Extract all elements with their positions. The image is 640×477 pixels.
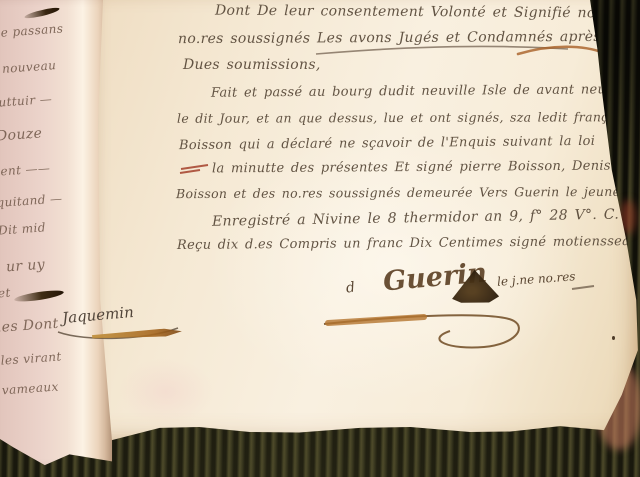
guerin-signature-prefix: d	[345, 279, 356, 296]
margin-fragment: ..es Dont	[0, 316, 59, 337]
margin-fragment: Douze	[0, 125, 43, 144]
manuscript-line: no.res soussignés Les avons Jugés et Con…	[178, 29, 601, 47]
ink-speck	[612, 336, 615, 340]
margin-fragment: et	[0, 286, 11, 301]
manuscript-line: Dues soumissions,	[183, 57, 321, 73]
manuscript-line: Dont De leur consentement Volonté et Sig…	[215, 3, 613, 22]
margin-fragment: ..lles virant	[0, 349, 62, 368]
margin-fragment: je vameaux	[0, 379, 59, 398]
manuscript-line: le dit Jour, et an que dessus, lue et on…	[177, 109, 627, 126]
margin-fragment: ..quitand —	[0, 191, 63, 210]
manuscript-line: Reçu dix d.es Compris un franc Dix Centi…	[177, 234, 639, 253]
manuscript-photo: ..ie passans nouveau ..uttuir — Douze ..…	[0, 0, 640, 477]
manuscript-line: Enregistré a Nivine le 8 thermidor an 9,…	[212, 206, 635, 229]
margin-fragment: nouveau	[2, 58, 57, 76]
ink-smear	[24, 6, 60, 19]
manuscript-line: Boisson qui a déclaré ne sçavoir de l'En…	[179, 134, 595, 153]
ink-smear	[14, 289, 65, 303]
manuscript-line: la minutte des présentes Et signé pierre…	[212, 159, 611, 177]
under-page: ..ie passans nouveau ..uttuir — Douze ..…	[0, 0, 112, 466]
manuscript-line: Fait et passé au bourg dudit neuville Is…	[211, 82, 611, 100]
main-page: Dont De leur consentement Volonté et Sig…	[88, 0, 640, 446]
margin-fragment: ur uy	[5, 257, 45, 276]
manuscript-line: Boisson et des no.res soussignés demeuré…	[176, 184, 620, 201]
margin-fragment: ..ie passans	[0, 21, 64, 40]
guerin-signature-title: le j.ne no.res	[497, 269, 576, 288]
margin-fragment: Dit mid	[0, 220, 46, 237]
margin-fragment: ..ent ——	[0, 161, 51, 179]
margin-fragment: ..uttuir —	[0, 92, 53, 110]
